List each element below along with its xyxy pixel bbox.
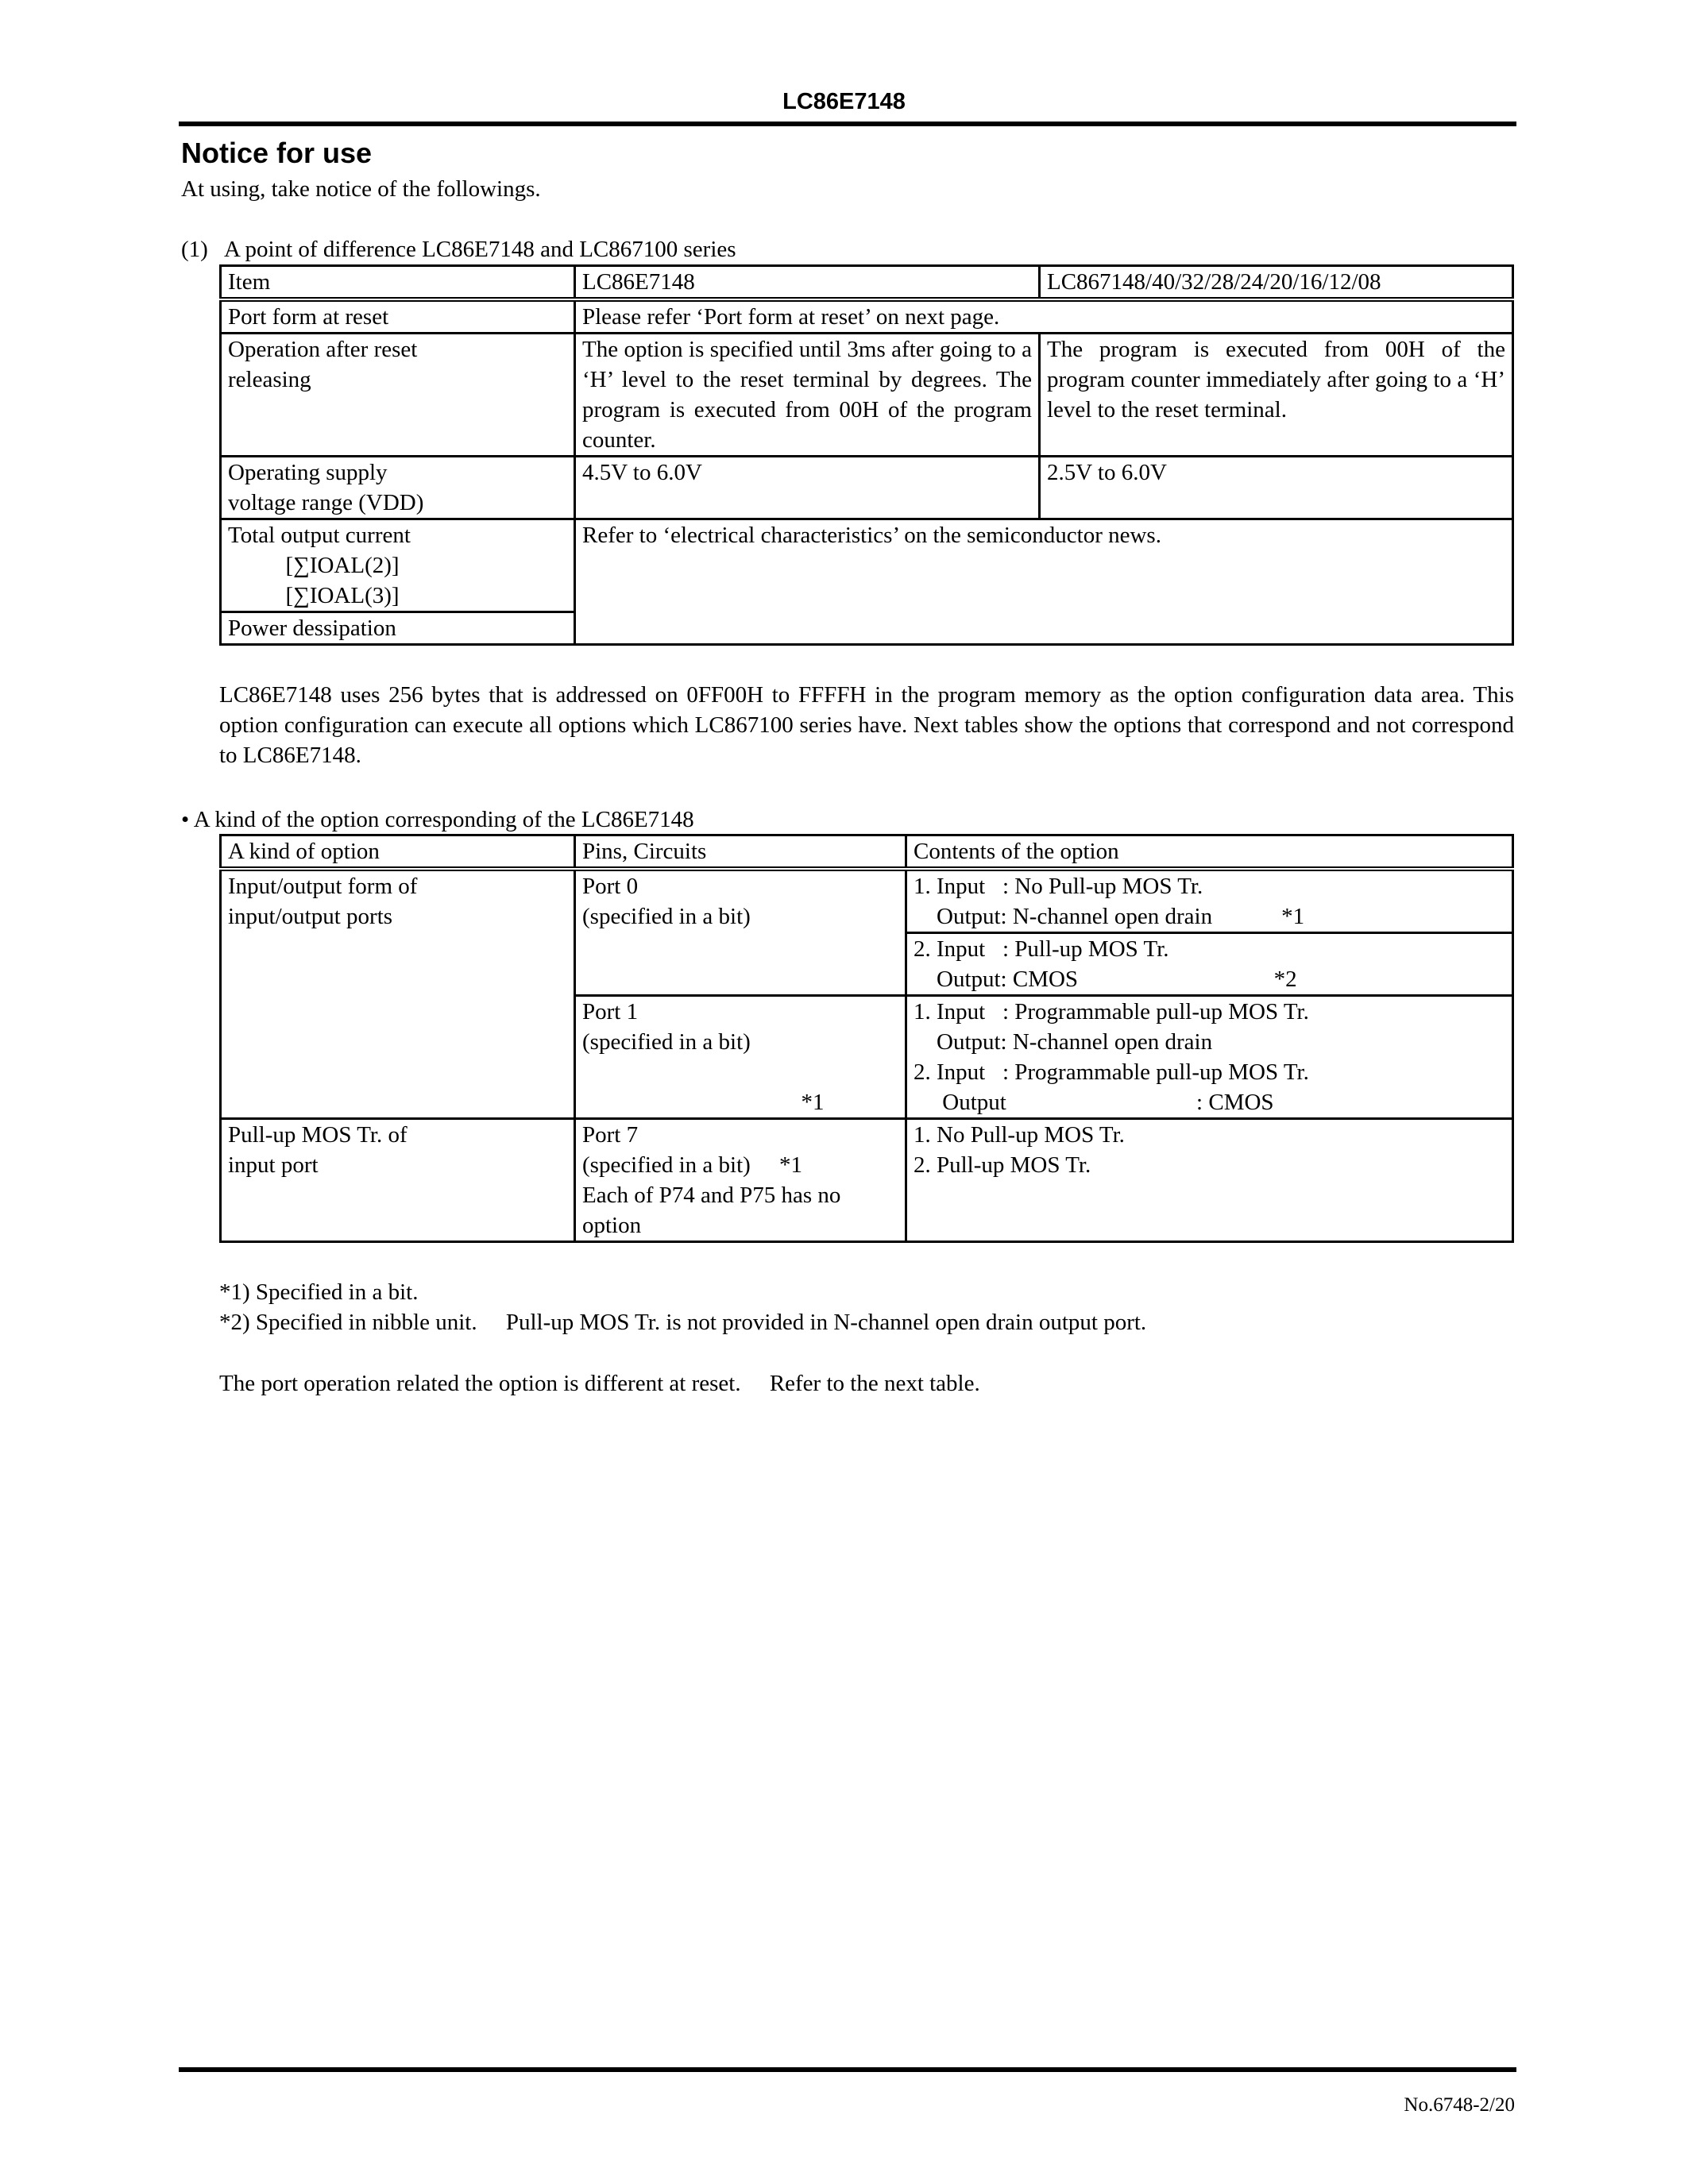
- row-value-series: The program is executed from 00H of the …: [1040, 334, 1513, 457]
- column-header: Item: [221, 266, 575, 300]
- option-contents: 2. Input : Pull-up MOS Tr. Output: CMOS …: [906, 933, 1513, 996]
- footnote: *1) Specified in a bit.: [219, 1277, 418, 1307]
- option-contents: 1. Input : No Pull-up MOS Tr. Output: N-…: [906, 869, 1513, 933]
- page-number: No.6748-2/20: [1404, 2094, 1515, 2116]
- row-item: Operation after reset releasing: [221, 334, 575, 457]
- pins-circuits: Port 1 (specified in a bit) *1: [575, 996, 906, 1119]
- row-item: Total output current [∑IOAL(2)] [∑IOAL(3…: [221, 519, 575, 612]
- row-value-lc86e7148: 4.5V to 6.0V: [575, 457, 1040, 519]
- column-header: A kind of option: [221, 835, 575, 870]
- row-value-lc86e7148: The option is specified until 3ms after …: [575, 334, 1040, 457]
- option-contents: 1. No Pull-up MOS Tr. 2. Pull-up MOS Tr.: [906, 1119, 1513, 1242]
- table-row: Pull-up MOS Tr. of input port Port 7 (sp…: [221, 1119, 1513, 1242]
- section-heading: Notice for use: [181, 137, 372, 170]
- pins-circuits: Port 7 (specified in a bit) *1 Each of P…: [575, 1119, 906, 1242]
- footer-rule: [179, 2067, 1516, 2072]
- column-header: Pins, Circuits: [575, 835, 906, 870]
- row-value: Refer to ‘electrical characteristics’ on…: [575, 519, 1513, 645]
- section-intro: At using, take notice of the followings.: [181, 174, 541, 204]
- footnote: *2) Specified in nibble unit. Pull-up MO…: [219, 1307, 1146, 1337]
- table2-caption: • A kind of the option corresponding of …: [181, 805, 694, 835]
- table-row: Port form at reset Please refer ‘Port fo…: [221, 299, 1513, 334]
- table-header-row: A kind of option Pins, Circuits Contents…: [221, 835, 1513, 870]
- row-item: Port form at reset: [221, 299, 575, 334]
- row-item: Power dessipation: [221, 612, 575, 645]
- column-header: LC86E7148: [575, 266, 1040, 300]
- table-row: Total output current [∑IOAL(2)] [∑IOAL(3…: [221, 519, 1513, 612]
- row-item: Operating supply voltage range (VDD): [221, 457, 575, 519]
- closing-text: The port operation related the option is…: [219, 1368, 980, 1399]
- table-row: Operation after reset releasing The opti…: [221, 334, 1513, 457]
- pins-circuits: Port 0 (specified in a bit): [575, 869, 906, 996]
- table1-caption: (1) A point of difference LC86E7148 and …: [181, 234, 736, 264]
- row-value: Please refer ‘Port form at reset’ on nex…: [575, 299, 1513, 334]
- option-contents: 1. Input : Programmable pull-up MOS Tr. …: [906, 996, 1513, 1119]
- option-kind: Input/output form of input/output ports: [221, 869, 575, 1119]
- row-value-series: 2.5V to 6.0V: [1040, 457, 1513, 519]
- column-header: Contents of the option: [906, 835, 1513, 870]
- table-header-row: Item LC86E7148 LC867148/40/32/28/24/20/1…: [221, 266, 1513, 300]
- option-kind: Pull-up MOS Tr. of input port: [221, 1119, 575, 1242]
- option-configuration-paragraph: LC86E7148 uses 256 bytes that is address…: [219, 680, 1514, 770]
- table-row: Input/output form of input/output ports …: [221, 869, 1513, 933]
- header-rule: [179, 122, 1516, 126]
- document-header-title: LC86E7148: [0, 89, 1688, 115]
- column-header: LC867148/40/32/28/24/20/16/12/08: [1040, 266, 1513, 300]
- difference-table: Item LC86E7148 LC867148/40/32/28/24/20/1…: [219, 264, 1514, 646]
- option-table: A kind of option Pins, Circuits Contents…: [219, 834, 1514, 1243]
- table-row: Operating supply voltage range (VDD) 4.5…: [221, 457, 1513, 519]
